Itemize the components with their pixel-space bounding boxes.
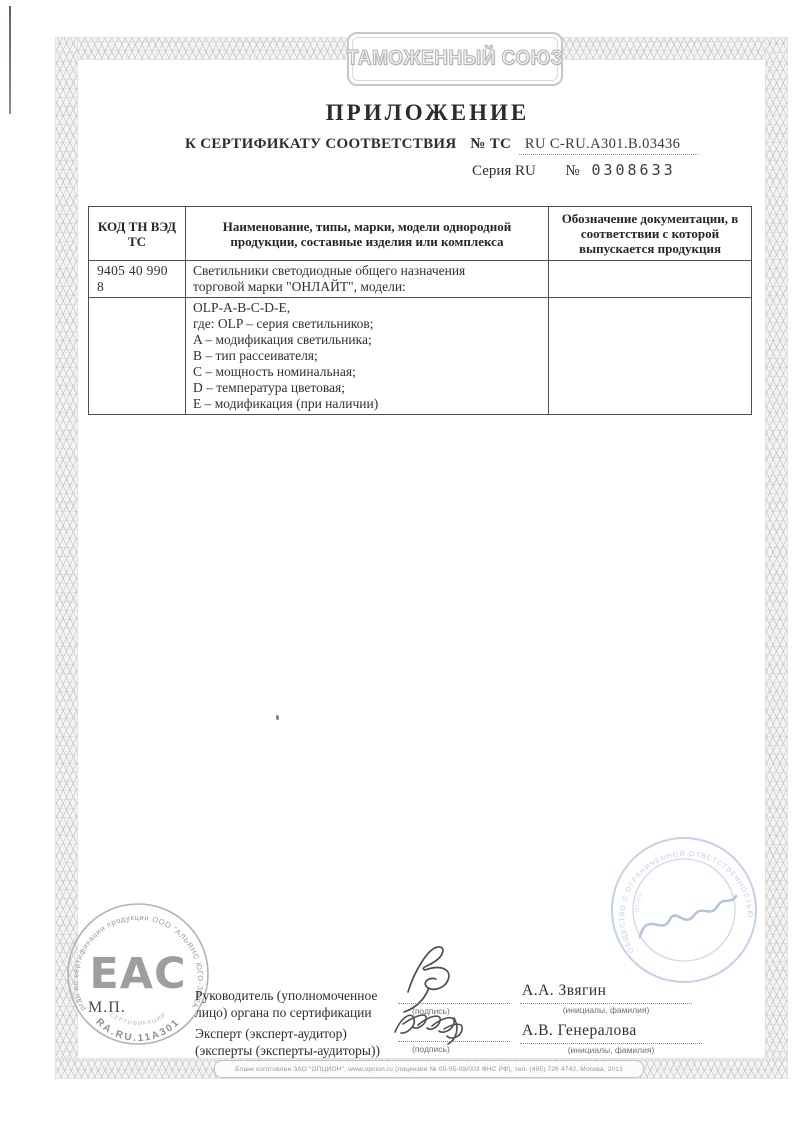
blank-manufacturer-fine-print: Бланк изготовлен ЗАО "ОПЦИОН", www.opcio… xyxy=(214,1060,644,1078)
scan-speck xyxy=(276,715,279,720)
scan-edge-artifact xyxy=(9,6,11,114)
role-line: Эксперт (эксперт-аудитор) xyxy=(195,1026,415,1043)
table-row: 9405 40 990 8 Светильники светодиодные о… xyxy=(89,261,752,298)
model-decoding-line: A – модификация светильника; xyxy=(193,332,541,348)
table-row: OLP-A-B-C-D-E, где: OLP – серия светильн… xyxy=(89,298,752,415)
model-decoding-line: E – модификация (при наличии) xyxy=(193,396,541,412)
col-header-product: Наименование, типы, марки, модели одноро… xyxy=(186,207,549,261)
role-line: (эксперты (эксперты-аудиторы)) xyxy=(195,1043,415,1060)
customs-union-plate: ТАМОЖЕННЫЙ СОЮЗ xyxy=(347,32,563,86)
certificate-appendix-page: { "page": { "header_plate": "ТАМОЖЕННЫЙ … xyxy=(0,0,793,1121)
table-cell-code xyxy=(89,298,186,415)
table-header-row: КОД ТН ВЭД ТС Наименование, типы, марки,… xyxy=(89,207,752,261)
eac-logo-text: ЕАС xyxy=(89,949,186,999)
signature-line xyxy=(398,1024,510,1042)
head-name-block: А.А. Звягин (инициалы, фамилия) xyxy=(520,982,692,1015)
table-cell-code: 9405 40 990 8 xyxy=(89,261,186,298)
role-head-of-body: Руководитель (уполномоченное лицо) орган… xyxy=(195,988,415,1021)
signature-caption: (подпись) xyxy=(412,1044,450,1054)
role-expert-auditor: Эксперт (эксперт-аудитор) (эксперты (экс… xyxy=(195,1026,415,1059)
product-name-line: торговой марки "ОНЛАЙТ", модели: xyxy=(193,279,541,295)
certificate-number: RU C-RU.A301.B.03436 xyxy=(519,136,698,155)
series-number-label: № xyxy=(565,163,579,179)
table-cell-documentation xyxy=(549,261,752,298)
certificate-number-line: К СЕРТИФИКАТУ СООТВЕТСТВИЯ № ТС RU C-RU.… xyxy=(185,136,698,153)
certificate-number-label: № ТС xyxy=(470,136,511,152)
model-decoding-line: D – температура цветовая; xyxy=(193,380,541,396)
model-decoding-line: OLP-A-B-C-D-E, xyxy=(193,300,541,316)
role-line: Руководитель (уполномоченное xyxy=(195,988,415,1005)
product-name-line: Светильники светодиодные общего назначен… xyxy=(193,263,541,279)
model-decoding-line: где: OLP – серия светильников; xyxy=(193,316,541,332)
stamp-accreditation-number: RA.RU.11А301 xyxy=(93,1016,182,1044)
name-caption: (инициалы, фамилия) xyxy=(520,1044,702,1055)
product-table: КОД ТН ВЭД ТС Наименование, типы, марки,… xyxy=(88,206,752,415)
series-label: Серия RU xyxy=(472,163,536,179)
page-title: ПРИЛОЖЕНИЕ xyxy=(95,100,760,126)
name-caption: (инициалы, фамилия) xyxy=(520,1004,692,1015)
eac-certification-stamp: Орган по сертификации продукции ООО "АЛЬ… xyxy=(62,896,214,1052)
blue-organization-stamp: ОБЩЕСТВО С ОГРАНИЧЕННОЙ ОТВЕТСТВЕННОСТЬЮ… xyxy=(585,811,783,1009)
signature-line xyxy=(398,985,510,1004)
model-decoding-line: B – тип рассеивателя; xyxy=(193,348,541,364)
table-cell-product: Светильники светодиодные общего назначен… xyxy=(186,261,549,298)
stamp-signature-scrawl xyxy=(636,896,740,937)
table-cell-documentation xyxy=(549,298,752,415)
col-header-documentation: Обозначение документации, в соответствии… xyxy=(549,207,752,261)
customs-union-title: ТАМОЖЕННЫЙ СОЮЗ xyxy=(347,47,563,72)
certificate-label: К СЕРТИФИКАТУ СООТВЕТСТВИЯ xyxy=(185,136,457,152)
series-number: 0308633 xyxy=(591,161,675,179)
expert-name: А.В. Генералова xyxy=(520,1022,702,1044)
head-name: А.А. Звягин xyxy=(520,982,692,1004)
model-decoding-line: C – мощность номинальная; xyxy=(193,364,541,380)
role-line: лицо) органа по сертификации xyxy=(195,1005,415,1022)
table-cell-product: OLP-A-B-C-D-E, где: OLP – серия светильн… xyxy=(186,298,549,415)
expert-name-block: А.В. Генералова (инициалы, фамилия) xyxy=(520,1022,702,1055)
series-line: Серия RU № 0308633 xyxy=(472,161,676,180)
signature-caption: (подпись) xyxy=(412,1006,450,1016)
col-header-code: КОД ТН ВЭД ТС xyxy=(89,207,186,261)
mp-seal-label: М.П. xyxy=(88,999,126,1017)
